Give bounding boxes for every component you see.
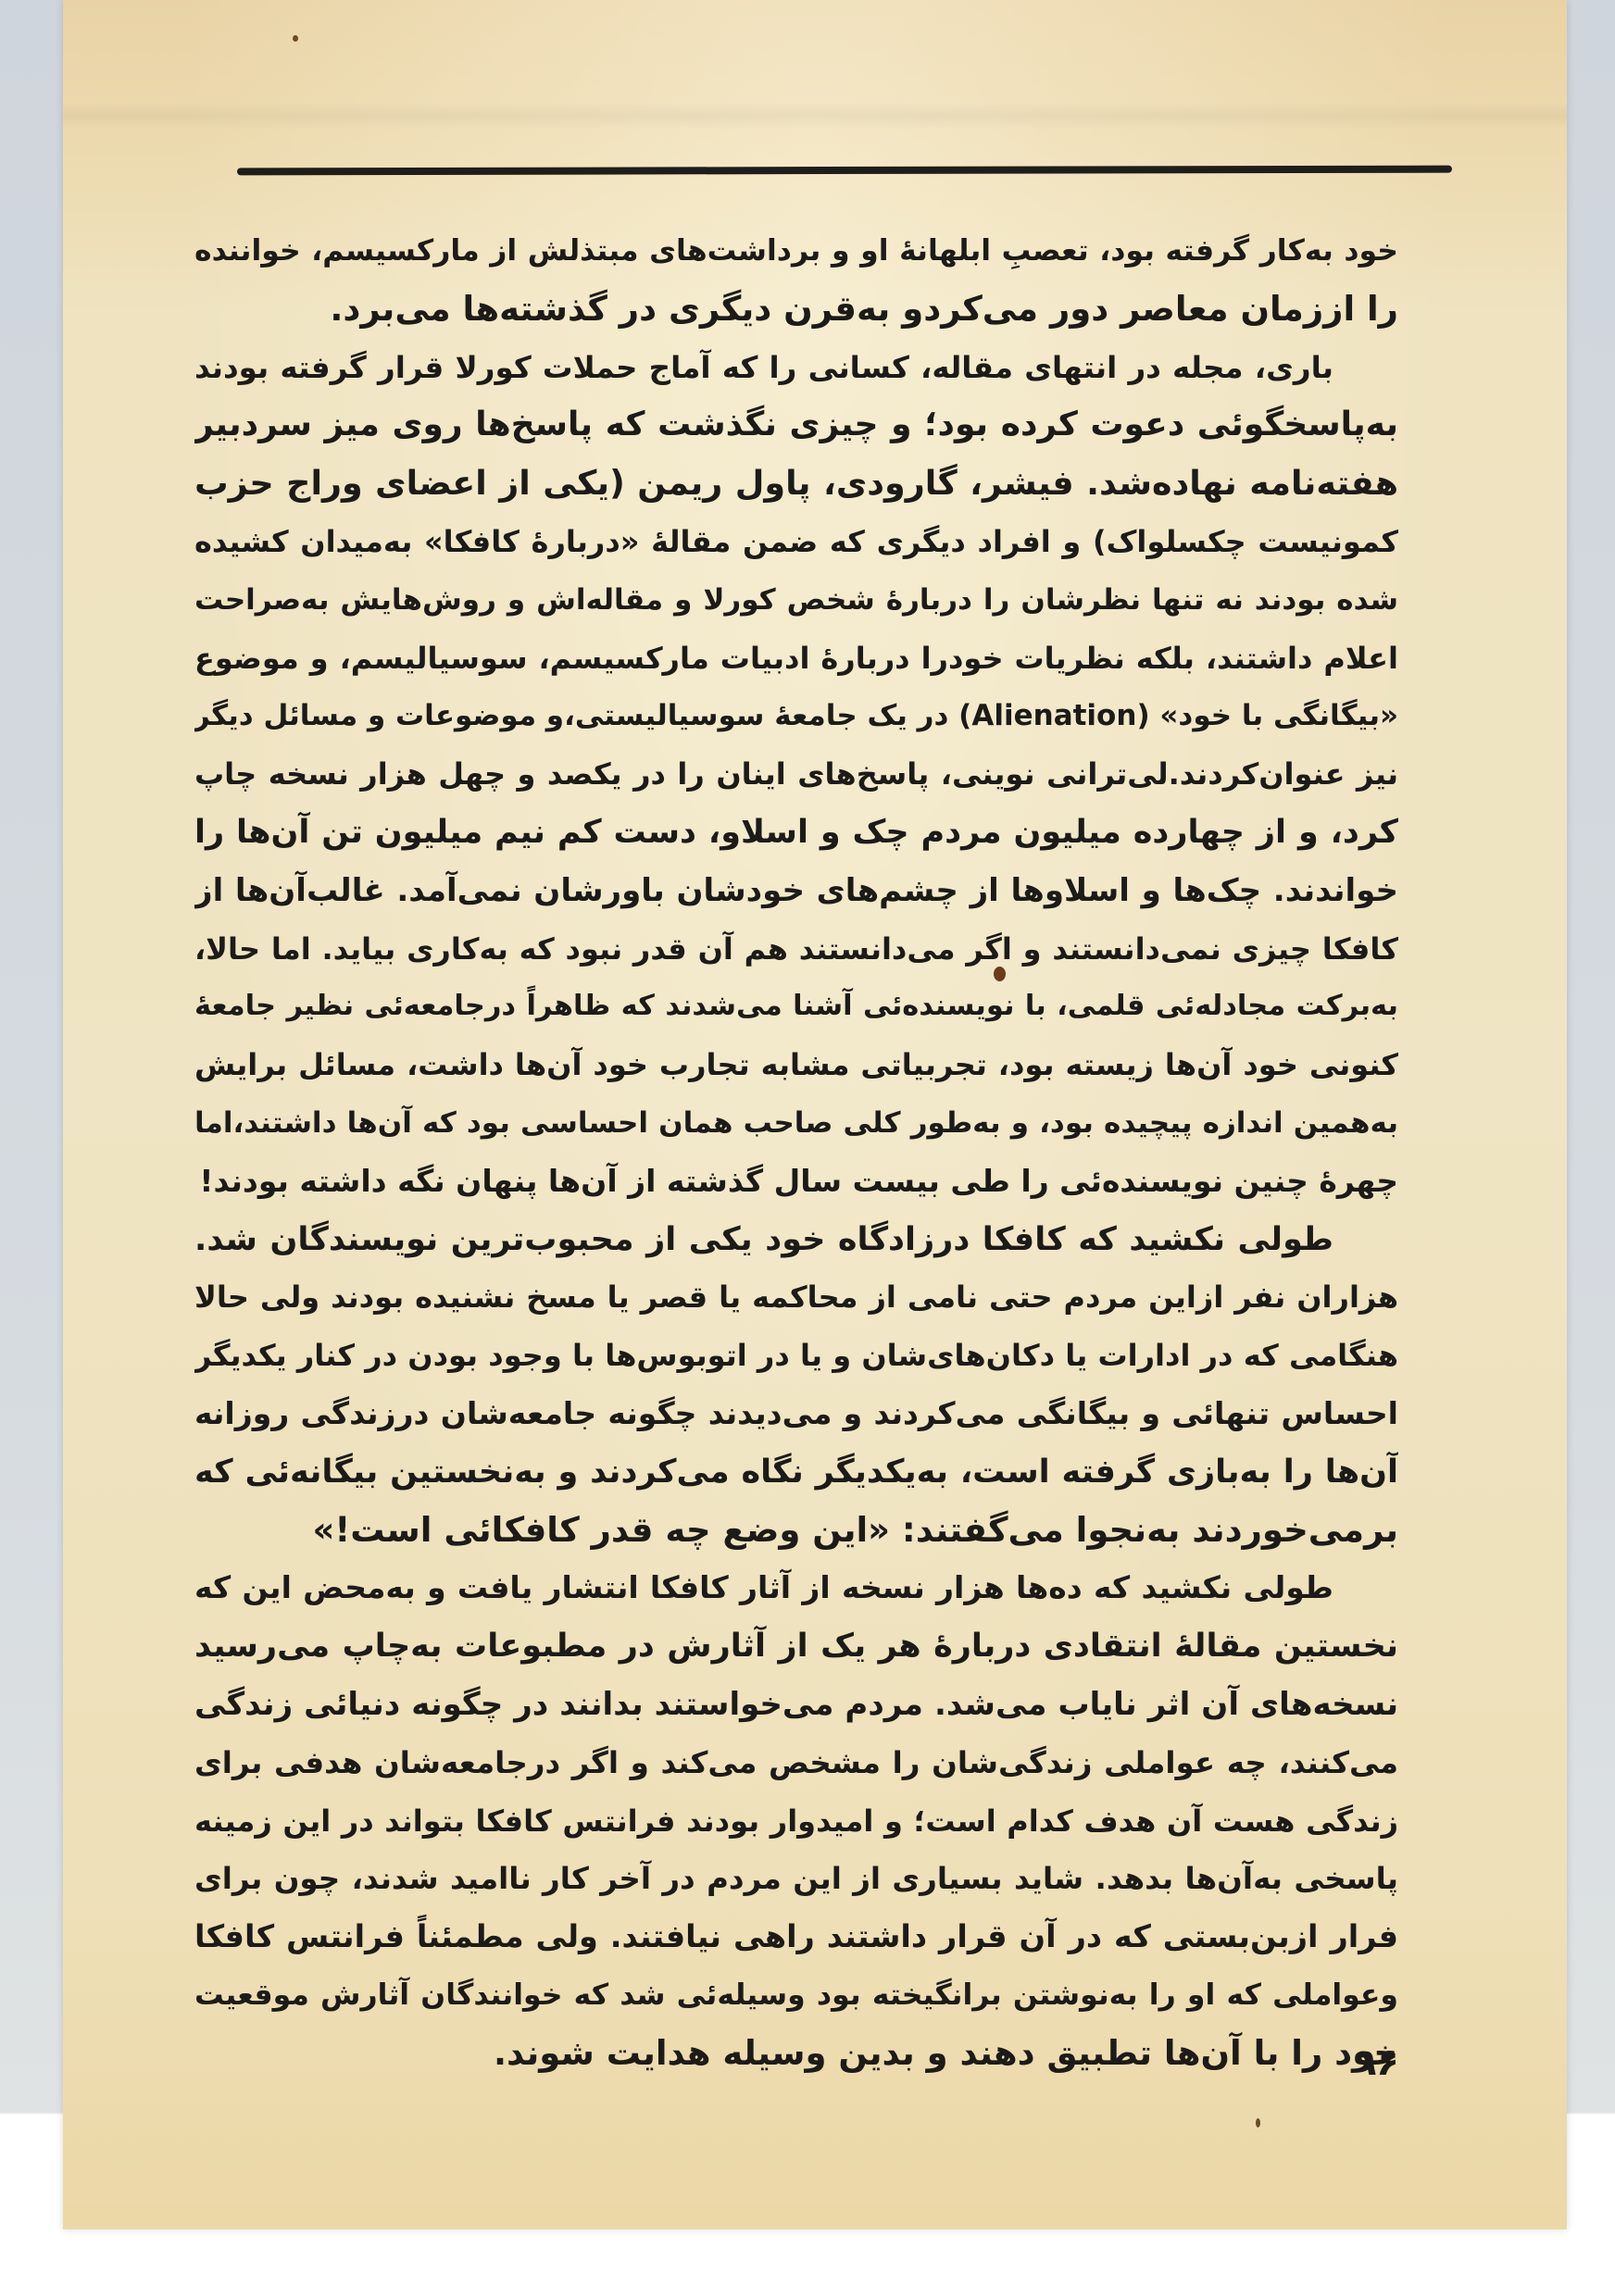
paragraph: باری، مجله در انتهای مقاله، کسانی را که … (194, 339, 1398, 1211)
text-line: وعواملی که او را به‌نوشتن برانگیخته بود … (194, 1966, 1398, 2025)
text-line: زندگی هست آن هدف کدام است؛ و امیدوار بود… (194, 1792, 1398, 1851)
text-line: هزاران نفر ازاین مردم حتی نامی از محاکمه… (194, 1268, 1398, 1327)
text-line: فرار ازبن‌بستی که در آن قرار داشتند راهی… (194, 1908, 1398, 1966)
text-line: چهرهٔ چنین نویسنده‌ئی را طی بیست سال گذش… (194, 1153, 1398, 1211)
text-line: برمی‌خوردند به‌نجوا می‌گفتند: «این وضع چ… (194, 1502, 1398, 1560)
paper-speck (1256, 2118, 1260, 2128)
text-line: به‌همین اندازه پیچیده بود، و به‌طور کلی … (194, 1094, 1398, 1153)
text-line: نیز عنوان‌کردند.لی‌ترانی نوینی، پاسخ‌های… (194, 745, 1398, 804)
text-line: کنونی خود آن‌ها زیسته بود، تجربیاتی مشاب… (194, 1036, 1398, 1094)
text-line: خود به‌کار گرفته بود، تعصبِ ابلهانهٔ او … (194, 222, 1398, 281)
paragraph: طولی نکشید که کافکا درزادگاه خود یکی از … (194, 1211, 1398, 1560)
text-line: کرد، و از چهارده میلیون مردم چک و اسلاو،… (194, 804, 1398, 862)
text-line: می‌کنند، چه عواملی زندگی‌شان را مشخص می‌… (194, 1734, 1398, 1792)
text-line: «بیگانگی با خود» (Alienation) در یک جامع… (194, 687, 1398, 745)
text-line: پاسخی به‌آن‌ها بدهد. شاید بسیاری از این … (194, 1850, 1398, 1908)
text-line: خود را با آن‌ها تطبیق دهند و بدین وسیله … (194, 2025, 1398, 2083)
text-line: نسخه‌های آن اثر نایاب می‌شد. مردم می‌خوا… (194, 1676, 1398, 1734)
text-line: خواندند. چک‌ها و اسلاوها از چشم‌های خودش… (194, 862, 1398, 920)
text-line: طولی نکشید که ده‌ها هزار نسخه از آثار کا… (194, 1559, 1398, 1617)
paragraph: خود به‌کار گرفته بود، تعصبِ ابلهانهٔ او … (194, 222, 1398, 339)
text-line: هنگامی که در ادارات یا دکان‌های‌شان و یا… (194, 1327, 1398, 1385)
text-line: کافکا چیزی نمی‌دانستند و اگر می‌دانستند … (194, 920, 1398, 979)
paper-speck (293, 35, 298, 42)
text-line: کمونیست چکسلواک) و افراد دیگری که ضمن مق… (194, 513, 1398, 571)
text-line: نخستین مقالهٔ انتقادی دربارهٔ هر یک از آ… (194, 1617, 1398, 1676)
text-line: احساس تنهائی و بیگانگی می‌کردند و می‌دید… (194, 1385, 1398, 1443)
header-rule (237, 166, 1452, 176)
text-line: را اززمان معاصر دور می‌کردو به‌قرن دیگری… (194, 281, 1398, 339)
text-line: آن‌ها را به‌بازی گرفته است، به‌یکدیگر نگ… (194, 1443, 1398, 1502)
text-line: باری، مجله در انتهای مقاله، کسانی را که … (194, 339, 1398, 397)
text-line: هفته‌نامه نهاده‌شد. فیشر، گارودی، پاول ر… (194, 455, 1398, 513)
text-line: طولی نکشید که کافکا درزادگاه خود یکی از … (194, 1211, 1398, 1269)
paragraph: طولی نکشید که ده‌ها هزار نسخه از آثار کا… (194, 1559, 1398, 2082)
text-line: به‌برکت مجادله‌ئی قلمی، با نویسنده‌ئی آش… (194, 978, 1398, 1036)
text-line: شده بودند نه تنها نظرشان را دربارهٔ شخص … (194, 571, 1398, 630)
page-header-area (63, 0, 1567, 120)
article-body: خود به‌کار گرفته بود، تعصبِ ابلهانهٔ او … (194, 222, 1398, 2083)
text-line: به‌پاسخگوئی دعوت کرده بود؛ و چیزی نگذشت … (194, 396, 1398, 455)
page-number: ۹۶ (1354, 2041, 1399, 2084)
text-line: اعلام داشتند، بلکه نظریات خودرا دربارهٔ … (194, 630, 1398, 688)
